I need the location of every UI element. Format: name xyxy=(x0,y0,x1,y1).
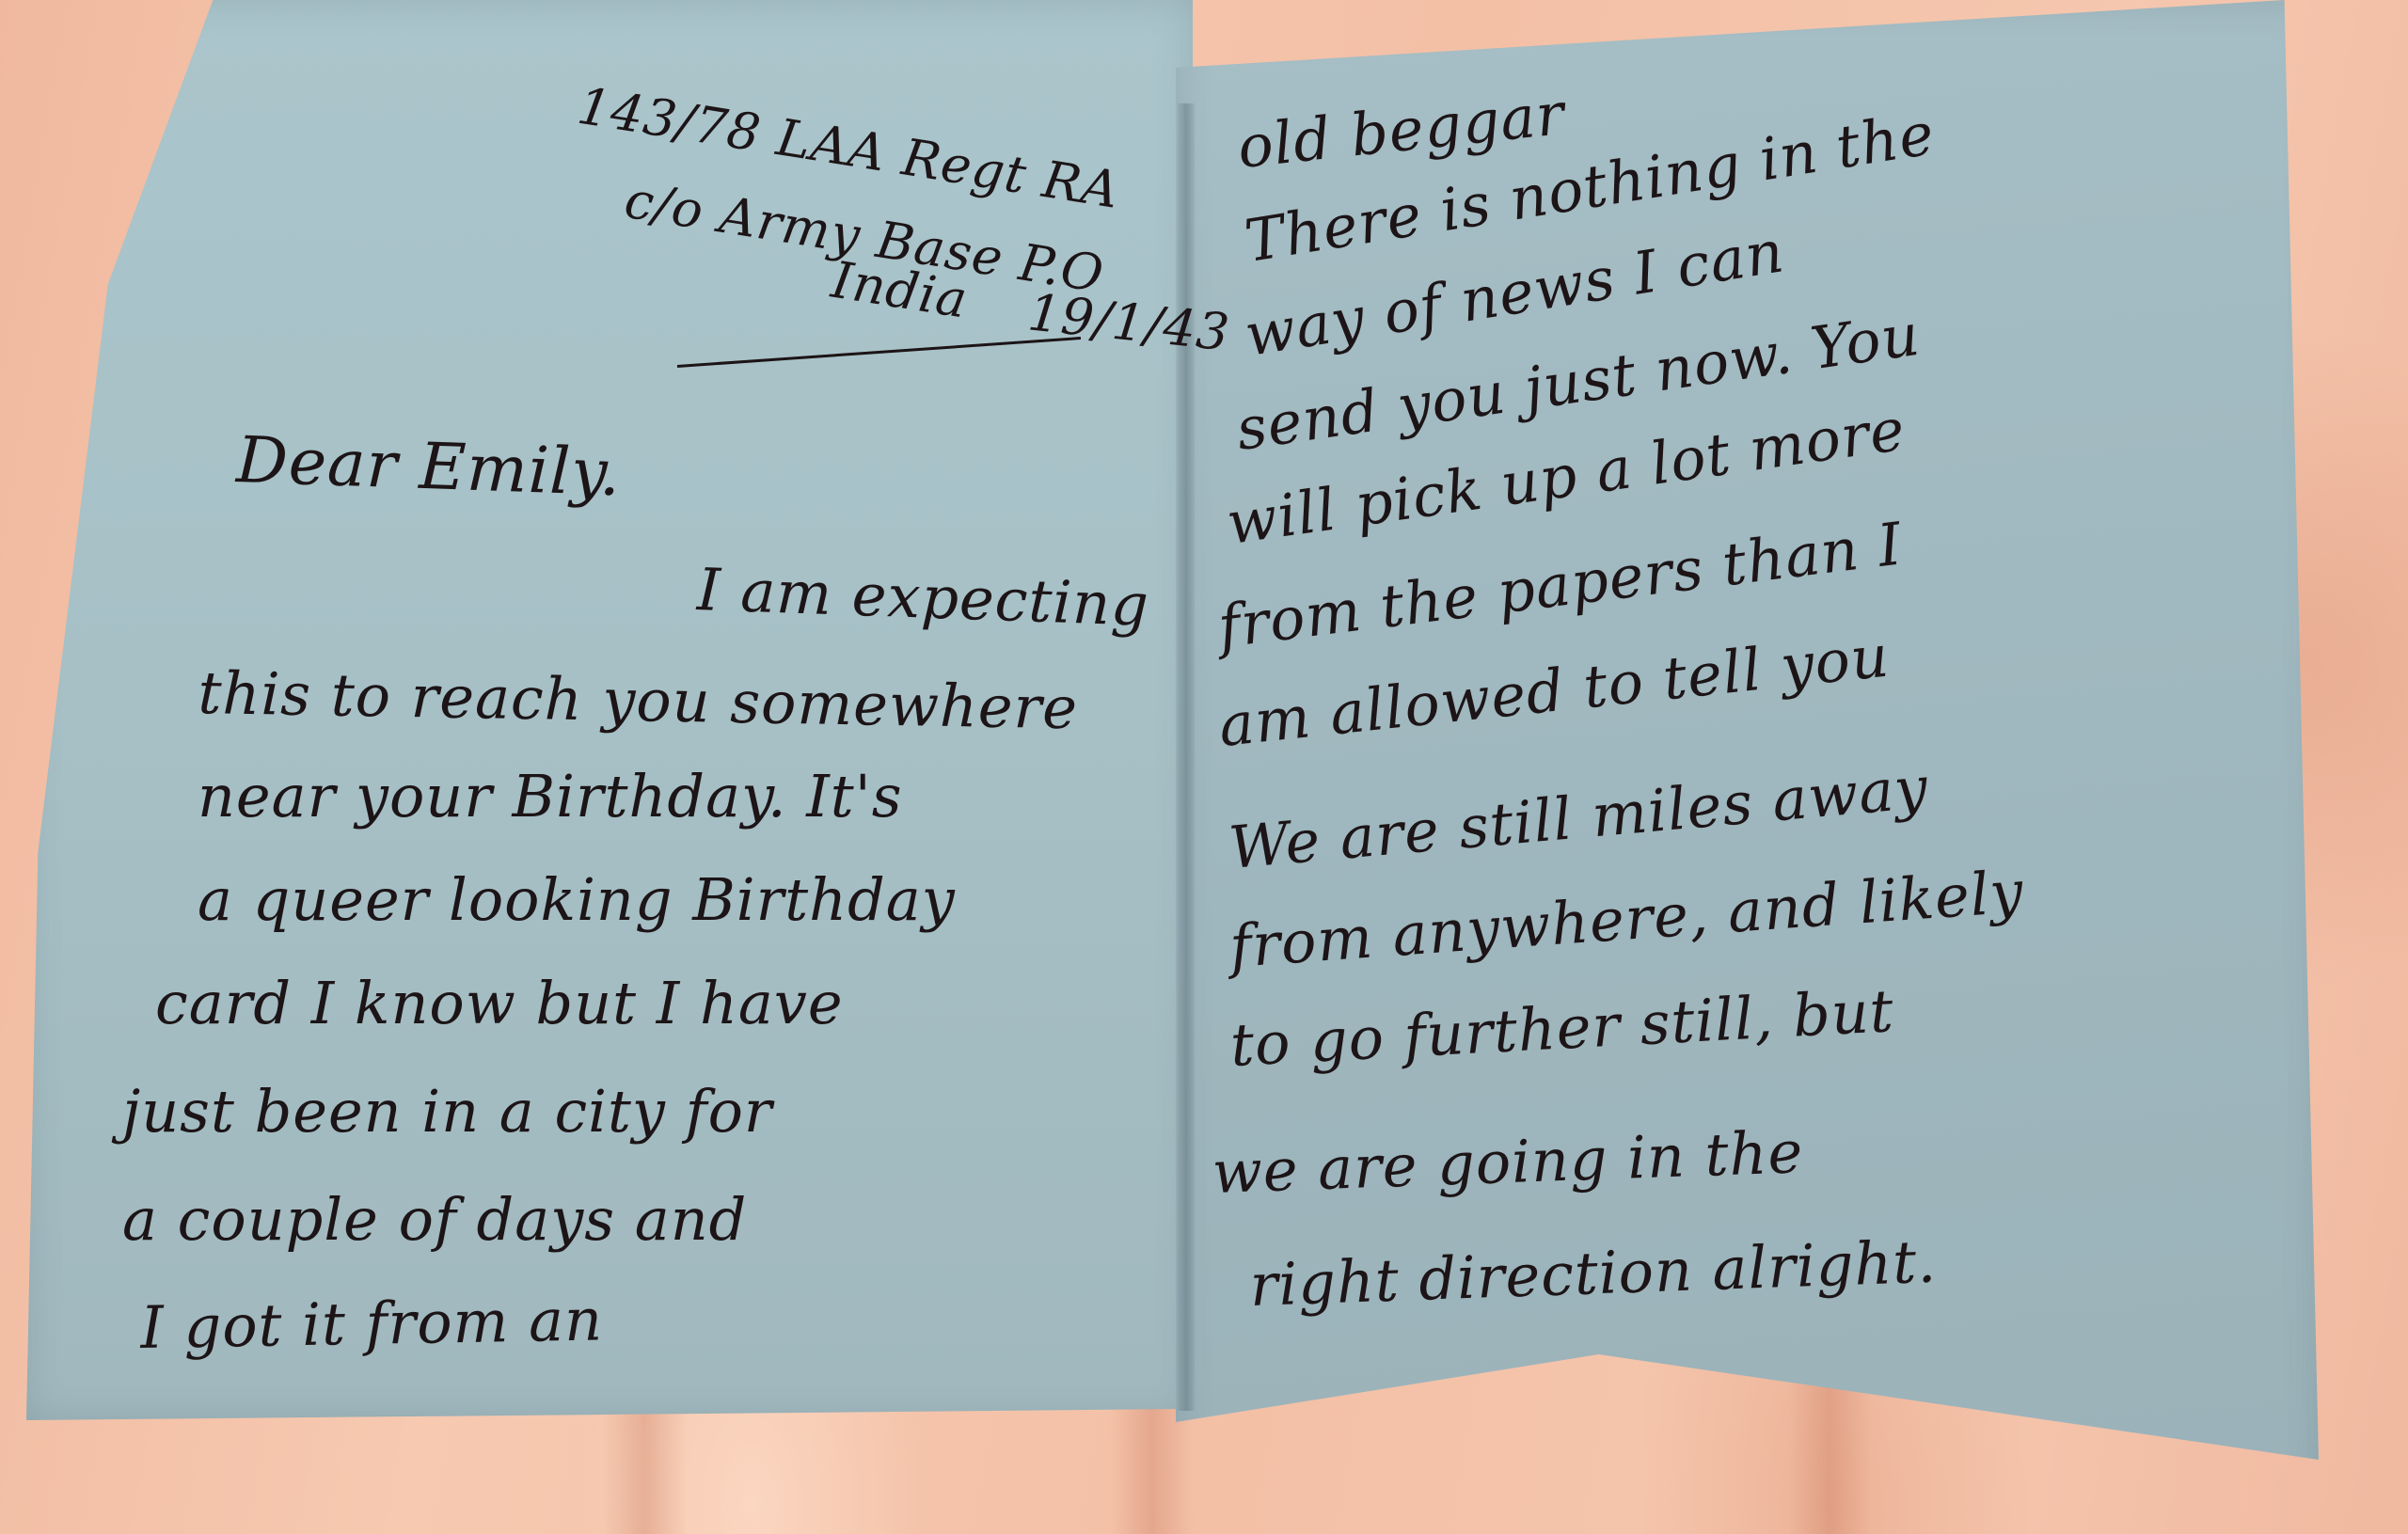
left-line-6: just been in a city for xyxy=(122,1077,773,1146)
left-line-4: a queer looking Birthday xyxy=(198,865,956,934)
left-line-7: a couple of days and xyxy=(122,1185,747,1254)
salutation: Dear Emily. xyxy=(235,423,623,511)
left-line-5: card I know but I have xyxy=(155,969,844,1037)
left-line-8: I got it from an xyxy=(140,1285,604,1362)
left-line-3: near your Birthday. It's xyxy=(198,762,903,830)
